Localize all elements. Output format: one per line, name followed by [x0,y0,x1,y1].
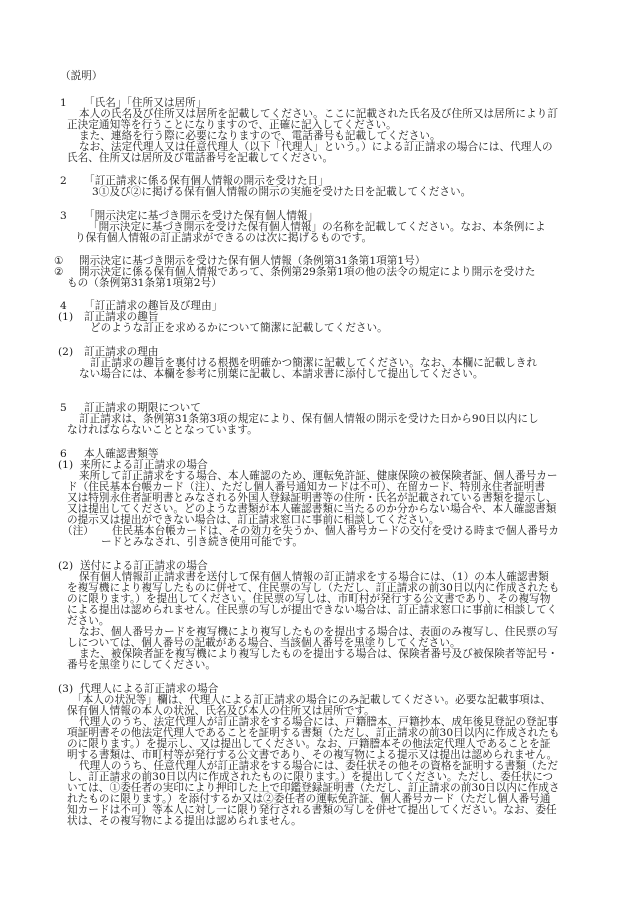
list-marker-2: ② [54,266,64,278]
section-2-text: 3①及び②に掲げる保有個人情報の開示の実施を受けた日を記載してください。 [92,186,471,198]
document-title: （説明） [60,70,103,82]
document-page: （説明） 1 「氏名」「住所又は居所」 本人の氏名及び住所又は居所を記載してくだ… [0,0,630,903]
subsection-4-1-text: どのような訂正を求めるかについて簡潔に記載してください。 [90,322,388,334]
subsection-6-2-text: 番号を黒塗りにしてください。 [67,659,216,671]
section-3-text: り保有個人情報の訂正請求ができるのは次に掲げるものです。 [75,232,372,244]
subsection-4-1-label: (1) [58,311,73,323]
subsection-6-2-label: (2) [58,560,73,572]
subsection-6-3-text: 状は、その複写物による提出は認められません。 [67,815,302,827]
section-5-number: 5 [60,402,67,414]
section-3-number: 3 [60,210,67,222]
subsection-6-1-label: (1) [58,459,73,471]
subsection-6-3-label: (3) [58,683,73,695]
list-item-2-text: もの（条例第31条第1項第2号） [67,277,222,289]
section-1-text: 氏名、住所又は居所及び電話番号を記載してください。 [67,152,333,164]
section-2-number: 2 [60,175,67,187]
subsection-6-2-text: による提出は認められません。住民票の写しが提出できない場合は、訂正請求窓口に事前… [67,604,557,616]
subsection-4-2-text: ない場合には、本欄を参考に別葉に記載し、本請求書に添付して提出してください。 [79,368,483,380]
section-5-text: なければならないこととなっています。 [67,424,258,436]
section-1-number: 1 [60,97,67,109]
subsection-4-2-label: (2) [58,346,73,358]
note-label: （注） [62,525,94,537]
note-text: ードとみなされ、引き続き使用可能です。 [101,536,303,548]
